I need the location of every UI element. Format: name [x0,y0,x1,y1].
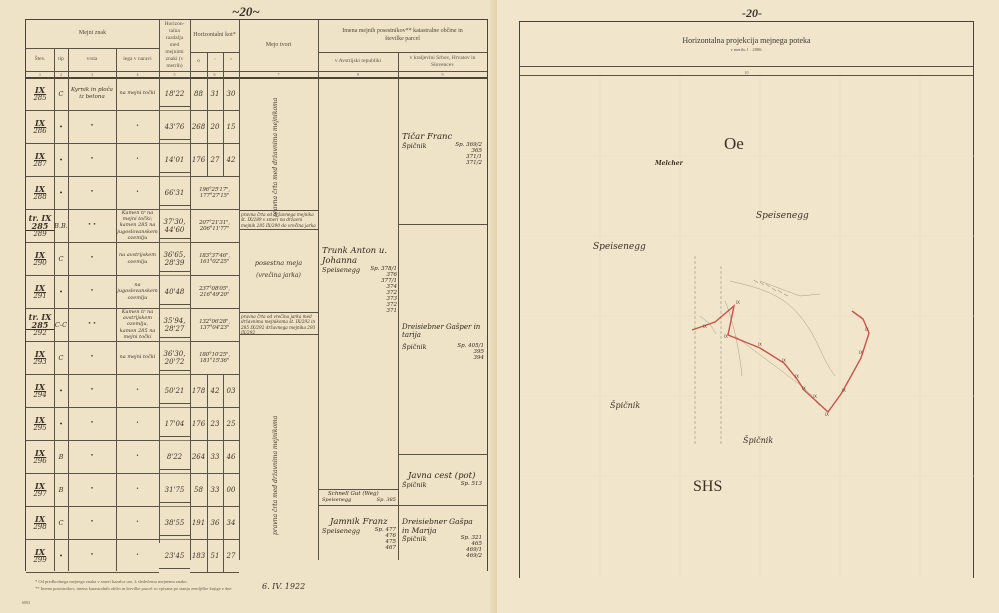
marker-kind: • [68,374,116,407]
owner-shs-3: Javna cest (pot) Špičnik Sp. 513 [402,471,482,489]
marker-kind: • [68,440,116,473]
marker-location: • [116,176,159,209]
svg-text:IX: IX [802,386,806,391]
marker-type: B.B. [54,209,68,242]
angle-pair: 207°21'31", 206°11'77" [190,209,239,242]
marker-number: IX299 [26,539,54,572]
marker-type: • [54,374,68,407]
marker-kind: • • [68,308,116,341]
marker-kind: • [68,506,116,539]
svg-text:IX: IX [813,394,817,399]
marker-kind: • [68,473,116,506]
footnote-1: * Od predhodnega mejnega znaka v smeri k… [35,579,188,586]
angle-degrees: 58 [190,473,207,506]
marker-type: B [54,440,68,473]
angle-minutes: 36 [207,506,223,539]
header-lega: lega v naravi [116,48,159,71]
svg-text:IX: IX [736,300,740,305]
marker-number: IX291 [26,275,54,308]
left-page-number: ~20~ [232,4,260,20]
marker-type: C [54,341,68,374]
angle-pair: 183°37'46", 161°02'25" [190,242,239,275]
svg-text:IX: IX [758,342,762,347]
marker-number: IX290 [26,242,54,275]
angle-seconds: 03 [223,374,239,407]
angle-degrees: 176 [190,143,207,176]
marker-number: IX294 [26,374,54,407]
distance-value: 37'30, 44'60 [159,213,190,238]
map-label-speisenegg-left: Speisenegg [593,242,646,252]
distance-value: 36'30, 20'72 [159,345,190,370]
marker-number: IX298 [26,506,54,539]
header-mejni-znak: Mejni znak [26,20,159,48]
marker-type: • [54,176,68,209]
angle-pair: 196°25'17", 177°27'15" [190,176,239,209]
boundary-description-vertical-1: pravna črta med državnima mejnikoma [272,105,279,217]
marker-number: IX286 [26,110,54,143]
header-shs: v kraljevini Srbov, Hrvatov in Slovencev [398,52,487,71]
boundary-note-2: pravna črta od vrečina jarka med državni… [239,312,318,335]
marker-kind: • [68,242,116,275]
marker-location: na mejni točki [116,77,159,110]
right-page-number: -20- [742,6,762,21]
boundary-description-vertical-2: pravna črta med državnima mejnikoma [272,405,279,535]
projection-title: Horizontalna projekcija mejnega poteka [520,36,973,45]
marker-number: tr. IX 285289 [26,209,54,242]
marker-location: • [116,473,159,506]
record-date: 6. IV. 1922 [262,582,305,591]
angle-seconds: 30 [223,77,239,110]
marker-kind: • • [68,209,116,242]
distance-value: 66'31 [159,180,190,205]
angle-minutes: 42 [207,374,223,407]
angle-degrees: 268 [190,110,207,143]
angle-minutes: 51 [207,539,223,572]
distance-value: 38'55 [159,510,190,535]
map-label-melcher: Melcher [655,160,683,167]
angle-degrees: 88 [190,77,207,110]
map-label-shs: SHS [693,478,722,496]
header-horizontal-distance: Horizon-talna razdalja med mejnimi znaki… [159,20,190,71]
boundary-type-sublabel: (vrečina jarka) [239,270,318,280]
header-angle-min: ' [207,52,223,71]
map-label-speisenegg-right: Speisenegg [756,211,809,221]
distance-value: 43'76 [159,114,190,139]
distance-value: 23'45 [159,543,190,568]
marker-number: IX288 [26,176,54,209]
distance-value: 18'22 [159,81,190,106]
marker-location: • [116,143,159,176]
angle-seconds: 27 [223,539,239,572]
marker-kind: • [68,275,116,308]
marker-location: na mejni točki [116,341,159,374]
svg-text:IX: IX [795,374,799,379]
distance-value: 35'94, 28'27 [159,312,190,337]
marker-kind: • [68,110,116,143]
angle-minutes: 33 [207,440,223,473]
angle-minutes: 33 [207,473,223,506]
angle-degrees: 178 [190,374,207,407]
angle-pair: 132°06'28", 137°04'23" [190,308,239,341]
header-mejo-tvori: Mejo tvori [239,20,318,71]
marker-kind: Kyrnik in ploča iz betona [68,77,116,110]
svg-text:IX: IX [842,388,846,393]
marker-kind: • [68,176,116,209]
marker-number: IX296 [26,440,54,473]
footnote-2: ** Imena posestnikov, imena katastralnih… [35,586,232,593]
distance-value: 8'22 [159,444,190,469]
marker-location: • [116,407,159,440]
distance-value: 50'21 [159,378,190,403]
distance-value: 31'75 [159,477,190,502]
angle-minutes: 31 [207,77,223,110]
marker-location: • [116,440,159,473]
marker-kind: • [68,407,116,440]
header-horizontal-angle: Horizontalni kot* [190,20,239,52]
marker-type: B [54,473,68,506]
marker-number: IX297 [26,473,54,506]
header-tip: tip [54,48,68,71]
marker-location: • [116,374,159,407]
marker-type: C [54,242,68,275]
angle-seconds: 25 [223,407,239,440]
angle-seconds: 46 [223,440,239,473]
owner-shs-1: Tičar Franc Špičnik Sp. 369/2 365 371/1 … [402,132,482,166]
marker-location: na jugoslovanskem ozemlju [116,275,159,308]
marker-location: • [116,110,159,143]
svg-text:IX: IX [782,358,786,363]
marker-kind: • [68,341,116,374]
marker-location: • [116,539,159,572]
distance-value: 40'48 [159,279,190,304]
distance-value: 17'04 [159,411,190,436]
angle-seconds: 34 [223,506,239,539]
marker-location: Kamen tr na mejni točki; kamen 285 na ju… [116,209,159,242]
marker-location: na avstrijskem ozemlju [116,242,159,275]
horizontal-projection-box: Horizontalna projekcija mejnega poteka v… [519,21,974,578]
marker-number: IX293 [26,341,54,374]
owner-austria-2: Schnell Gut (Weg) Speisenegg Sp. 385 [322,491,396,503]
boundary-map: IXIX IXIX IXIX IXIX IXIX IXIX [520,76,975,579]
marker-number: IX285 [26,77,54,110]
marker-type: C [54,77,68,110]
owner-shs-4: Dreisiebner Gašpa in Marija Špičnik Sp. … [402,517,482,559]
angle-degrees: 183 [190,539,207,572]
header-angle-sec: " [223,52,239,71]
marker-kind: • [68,539,116,572]
angle-pair: 180°10'25", 181°15'36" [190,341,239,374]
marker-type: • [54,275,68,308]
marker-location: Kamen tr na avstrijskem ozemlju, kamen 2… [116,308,159,341]
marker-number: tr. IX 285292 [26,308,54,341]
owner-shs-2: Dreisiebner Gašper in tarija Špičnik Sp.… [402,323,484,361]
marker-type: • [54,539,68,572]
svg-text:IX: IX [703,324,707,329]
svg-text:IX: IX [825,412,829,417]
header-stev: Štev. [26,48,54,71]
marker-type: • [54,407,68,440]
marker-type: C-C [54,308,68,341]
angle-seconds: 15 [223,110,239,143]
marker-type: • [54,110,68,143]
owner-austria-3: Jamnik Franz Speisenegg Sp. 477 476 475 … [322,517,396,551]
corner-mark: 6803 [22,600,30,606]
marker-location: • [116,506,159,539]
svg-text:IX: IX [724,334,728,339]
angle-degrees: 264 [190,440,207,473]
angle-minutes: 23 [207,407,223,440]
boundary-type-label: posestna meja [239,258,318,268]
header-owner-names: Imena mejnih posestnikov** katastralne o… [318,20,487,52]
marker-type: C [54,506,68,539]
map-label-spicnik-right: Špičnik [743,436,773,445]
angle-degrees: 191 [190,506,207,539]
angle-minutes: 27 [207,143,223,176]
map-label-austria: Oe [724,134,744,154]
left-page: ~20~ Mejni znak Štev. tip vrsta lega v n… [0,0,497,613]
header-vrsta: vrsta [68,48,116,71]
distance-value: 14'01 [159,147,190,172]
boundary-note-1: pravna črta od državnega mejnika št. IX/… [239,210,318,230]
marker-number: IX287 [26,143,54,176]
angle-degrees: 176 [190,407,207,440]
svg-text:IX: IX [859,350,863,355]
angle-seconds: 42 [223,143,239,176]
header-austria: v Avstrijski republiki [318,52,398,71]
marker-number: IX295 [26,407,54,440]
owner-austria-1: Trunk Anton u. Johanna Speisenegg Sp. 37… [322,246,397,314]
projection-scale: v merilu 1 : 2880. [520,47,973,52]
angle-pair: 237°08'05", 216°49'20" [190,275,239,308]
angle-minutes: 20 [207,110,223,143]
header-angle-deg: o [190,52,207,71]
boundary-marker-table: Mejni znak Štev. tip vrsta lega v naravi… [25,19,488,571]
marker-kind: • [68,143,116,176]
distance-value: 36'65, 28'39 [159,246,190,271]
svg-text:IX: IX [865,327,869,332]
map-label-spicnik-left: Špičnik [610,401,640,410]
marker-type: • [54,143,68,176]
angle-seconds: 00 [223,473,239,506]
